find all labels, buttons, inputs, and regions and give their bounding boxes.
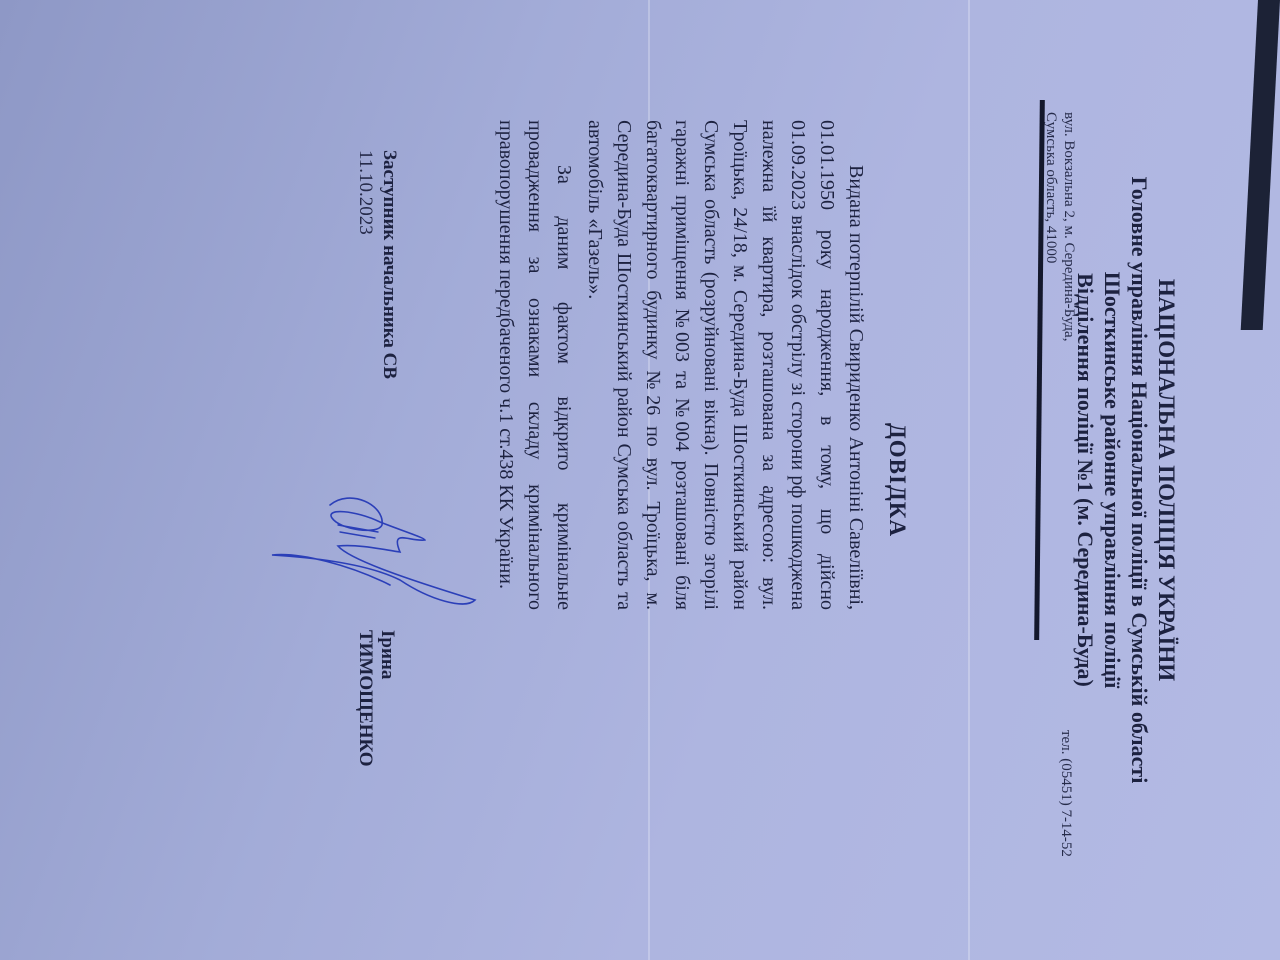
- document-page: НАЦІОНАЛЬНА ПОЛІЦІЯ УКРАЇНИ Головне упра…: [430, 0, 1270, 960]
- header-rule: [1034, 100, 1045, 640]
- paragraph-2: За даним фактом відкрито кримінальне про…: [491, 120, 578, 610]
- document-body: Видана потерпілій Свириденко Антоніні Са…: [491, 120, 870, 610]
- address: вул. Вокзальна 2, м. Середина-Буда, Сумс…: [1042, 112, 1078, 341]
- phone: тел. (05451) 7-14-52: [1057, 730, 1074, 857]
- handwritten-signature: [260, 480, 490, 630]
- org-name: НАЦІОНАЛЬНА ПОЛІЦІЯ УКРАЇНИ: [1153, 150, 1180, 810]
- address-line-2: Сумська область, 41000: [1042, 112, 1060, 341]
- signature-date: 11.10.2023: [354, 150, 376, 235]
- org-line-2: Шосткинське районне управління поліції: [1099, 150, 1126, 810]
- org-line-1: Головне управління Національної поліції …: [1126, 150, 1153, 810]
- signatory-role: Заступник начальника СВ: [378, 150, 400, 379]
- address-line-1: вул. Вокзальна 2, м. Середина-Буда,: [1060, 112, 1078, 341]
- document-title: ДОВІДКА: [884, 120, 910, 840]
- signatory-name: Ірина ТИМОЩЕНКО: [354, 630, 398, 790]
- paragraph-1: Видана потерпілій Свириденко Антоніні Са…: [580, 120, 870, 610]
- paper-fold: [968, 0, 970, 960]
- letterhead: НАЦІОНАЛЬНА ПОЛІЦІЯ УКРАЇНИ Головне упра…: [1072, 150, 1180, 810]
